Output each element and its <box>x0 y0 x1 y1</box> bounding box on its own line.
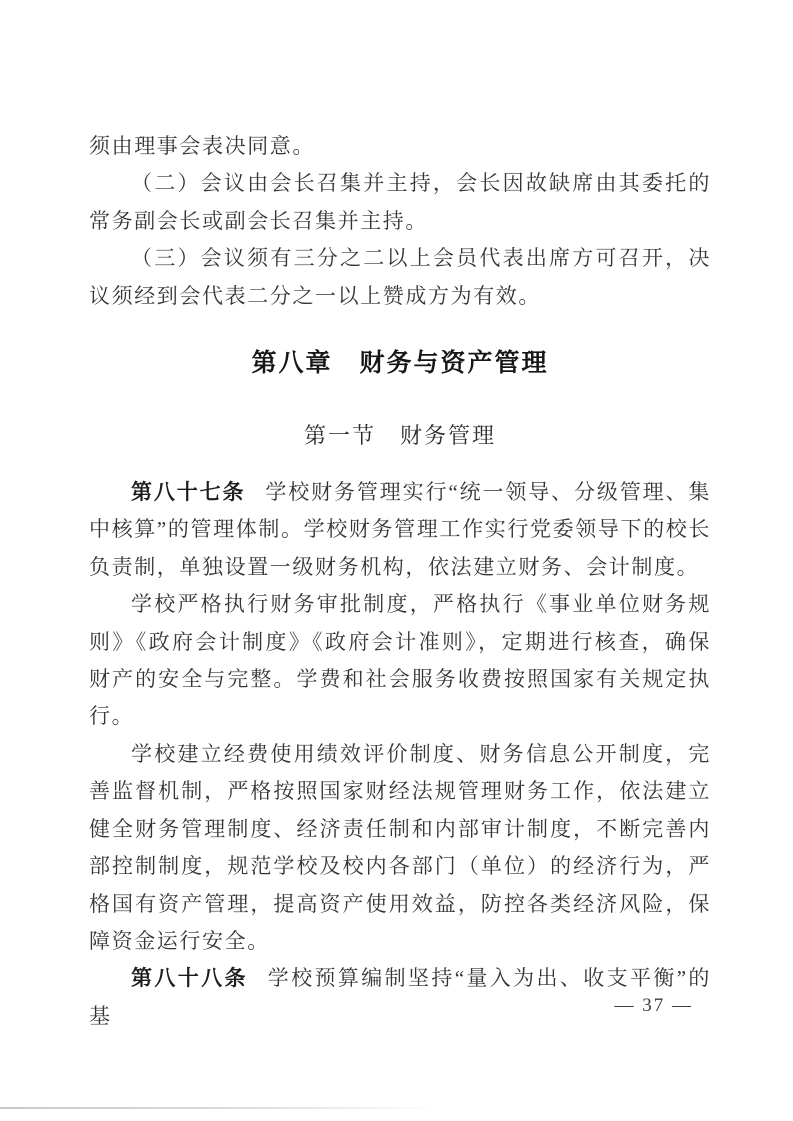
document-page: 须由理事会表决同意。 （二）会议由会长召集并主持，会长因故缺席由其委托的常务副会… <box>0 0 793 1121</box>
section-heading: 第一节 财务管理 <box>89 417 711 454</box>
page-number: — 37 — <box>615 995 694 1017</box>
article-87-subparagraph-1: 学校严格执行财务审批制度，严格执行《事业单位财务规则》《政府会计制度》《政府会计… <box>89 586 711 736</box>
continued-paragraph: 须由理事会表决同意。 <box>89 128 711 165</box>
scan-edge-shadow <box>0 1107 440 1109</box>
list-item-3: （三）会议须有三分之二以上会员代表出席方可召开，决议须经到会代表二分之一以上赞成… <box>89 240 711 315</box>
article-88-number: 第八十八条 <box>131 967 248 990</box>
document-body: 须由理事会表决同意。 （二）会议由会长召集并主持，会长因故缺席由其委托的常务副会… <box>89 128 711 1035</box>
article-87-subparagraph-2: 学校建立经费使用绩效评价制度、财务信息公开制度，完善监督机制，严格按照国家财经法… <box>89 736 711 960</box>
list-item-2: （二）会议由会长召集并主持，会长因故缺席由其委托的常务副会长或副会长召集并主持。 <box>89 165 711 240</box>
article-87-number: 第八十七条 <box>131 481 245 504</box>
article-87-paragraph: 第八十七条学校财务管理实行“统一领导、分级管理、集中核算”的管理体制。学校财务管… <box>89 474 711 586</box>
chapter-heading: 第八章 财务与资产管理 <box>89 343 711 383</box>
